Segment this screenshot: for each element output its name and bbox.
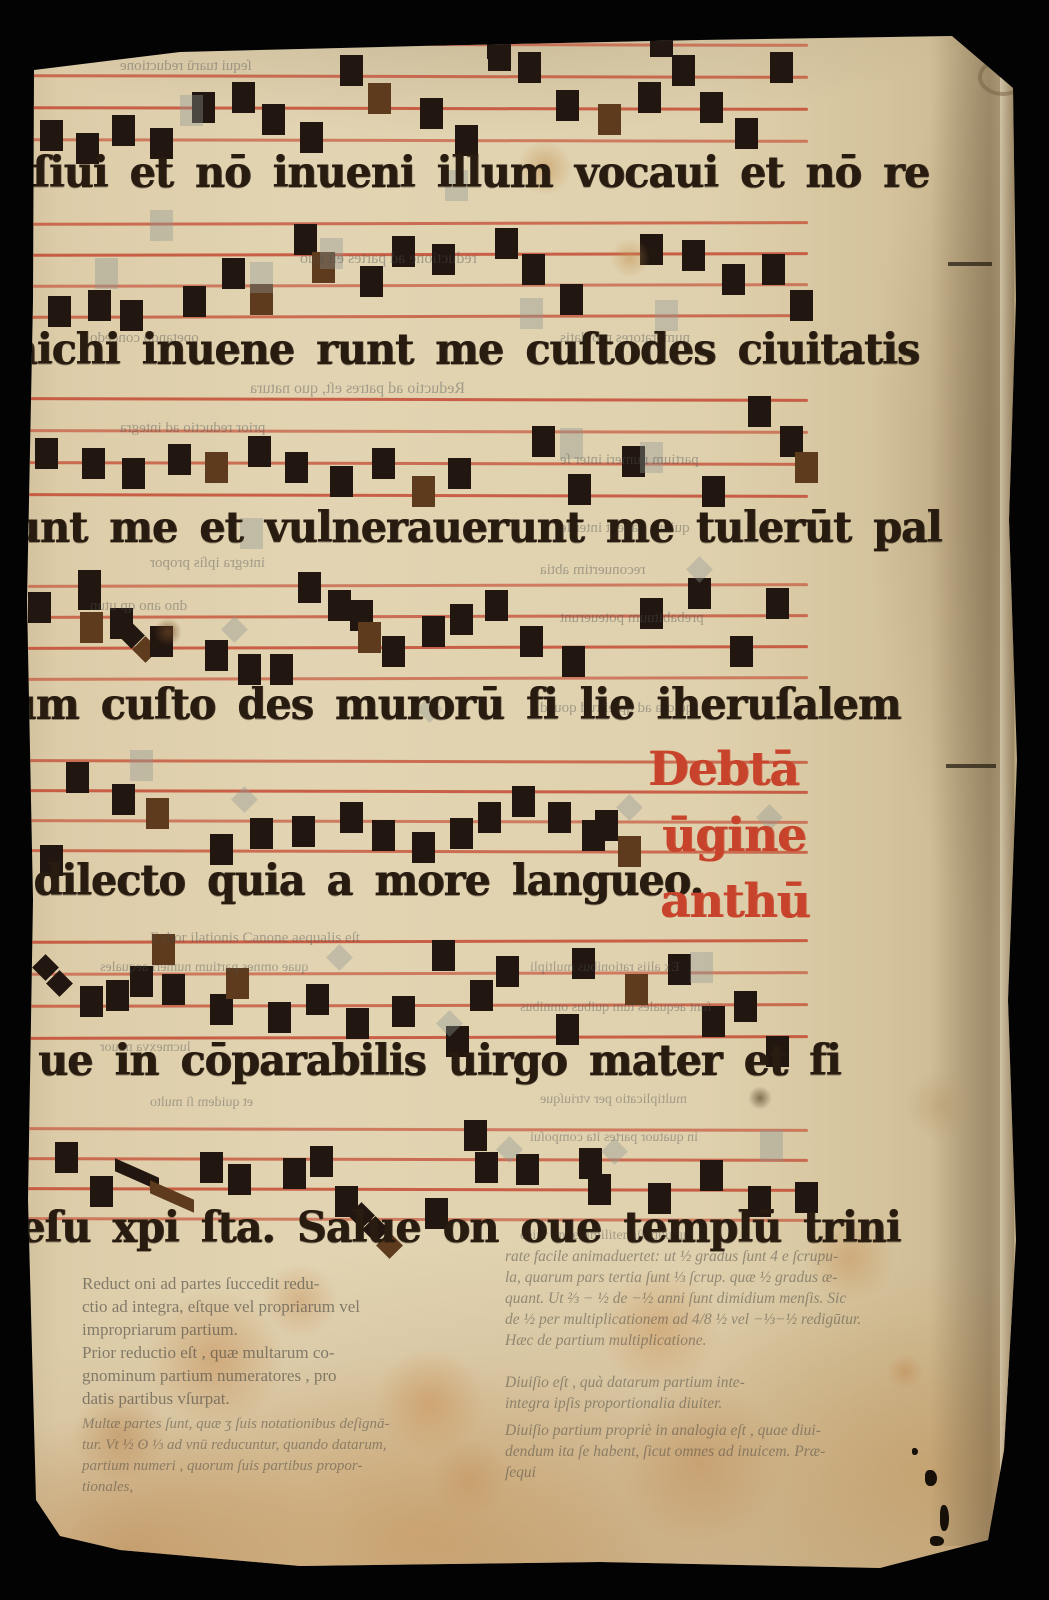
neume-square <box>672 55 695 86</box>
print-showthrough-left-column: Reduct oni ad partes ſuccedit redu-ctio … <box>82 1272 452 1498</box>
staff-6-line-1 <box>28 939 808 944</box>
neume-square <box>310 1146 333 1177</box>
neume-square <box>340 55 363 86</box>
neume-square <box>518 52 541 83</box>
ghost-text-fragment: Reductio ad patres eſt, quo natura <box>250 380 465 398</box>
neume-square <box>146 798 169 829</box>
neume-square <box>35 438 58 469</box>
stain <box>610 238 650 278</box>
neume-square <box>532 426 555 457</box>
ink-blot <box>925 1470 937 1486</box>
chant-text-line-1: ieſiui et nō inueni illum vocaui et nō r… <box>0 148 929 198</box>
neume-square <box>556 90 579 121</box>
staff-1-line-3 <box>30 106 808 111</box>
neume-square <box>292 816 315 847</box>
neume-square <box>262 104 285 135</box>
neume-square <box>448 458 471 489</box>
neume-square <box>392 996 415 1027</box>
neume-square <box>464 1120 487 1151</box>
print-showthrough-right-column: rate facile animaduertet: ut ½ gradus ſu… <box>505 1246 865 1483</box>
staff-7-line-3 <box>28 1187 808 1192</box>
neume-square <box>595 810 618 841</box>
ghost-text-fragment: quae omnes partium numeri aequales <box>100 960 308 976</box>
neume-square <box>205 640 228 671</box>
rubric-line-1: Debtā <box>648 742 799 797</box>
stain <box>887 1354 923 1390</box>
neume-square <box>222 258 245 289</box>
neume-square <box>598 104 621 135</box>
chant-text-line-4: ium cuſto des murorū fi lie iheruſalem <box>0 680 900 730</box>
chant-text-line-5: e dilecto quia a more langueo. <box>0 856 703 906</box>
neume-square <box>368 83 391 114</box>
chant-text-line-2: michi inuene runt me cuſtodes ciuitatis <box>0 325 919 375</box>
staff-2-line-3 <box>28 283 808 288</box>
ghost-text-fragment: prior reductio ad integra <box>120 420 265 437</box>
neume-square <box>112 115 135 146</box>
neume-square <box>638 82 661 113</box>
neume-square <box>82 448 105 479</box>
staff-7-line-2 <box>28 1157 808 1162</box>
ghost-text-fragment: Ex aliis rationibus multipli <box>530 960 680 976</box>
binding-stitch-mark <box>946 764 996 768</box>
neume-square <box>722 264 745 295</box>
print-right-italic-bottom: Diuiſio partium propriè in analogia eſt … <box>505 1420 865 1483</box>
ink-blot <box>912 1448 918 1455</box>
stain <box>748 1086 772 1110</box>
ghost-neume-square <box>616 794 643 821</box>
binding-stitch-mark <box>948 262 992 266</box>
ring-mark <box>978 58 1028 96</box>
neume-square <box>470 980 493 1011</box>
neume-square <box>450 604 473 635</box>
neume-square <box>200 1152 223 1183</box>
neume-square <box>488 40 511 71</box>
ghost-text-fragment: dno ano qp utun <box>90 598 187 615</box>
neume-square <box>682 240 705 271</box>
neume-square <box>496 956 519 987</box>
ghost-text-fragment: ſequi tuarū reductione <box>120 58 252 75</box>
neume-square <box>80 986 103 1017</box>
ink-blot <box>1035 1300 1042 1312</box>
neume-square <box>372 448 395 479</box>
neume-square <box>122 458 145 489</box>
neume-square <box>48 296 71 327</box>
manuscript-leaf: ſequi tuarū reductionereductione ad part… <box>0 0 1049 1600</box>
ghost-neume-square <box>180 95 203 126</box>
neume-square <box>80 612 103 643</box>
neume-square <box>183 286 206 317</box>
neume-square <box>268 1002 291 1033</box>
ghost-text-fragment: Exhor ilationis Canone aequalis eſt <box>150 930 360 947</box>
neume-square <box>232 82 255 113</box>
ghost-text-fragment: partium numeri inter ſe <box>560 452 699 469</box>
print-left-italic: Multæ partes ſunt, quæ ʒ ſuis notationib… <box>82 1414 452 1498</box>
fore-edge-highlight <box>1000 40 1014 1540</box>
photograph-background: ſequi tuarū reductionereductione ad part… <box>0 0 1049 1600</box>
ghost-neume-square <box>95 258 118 289</box>
neume-square <box>560 284 583 315</box>
neume-square <box>432 940 455 971</box>
print-right-italic-top: rate facile animaduertet: ut ½ gradus ſu… <box>505 1246 865 1414</box>
neume-square <box>88 290 111 321</box>
ghost-neume-square <box>250 262 273 293</box>
ink-blot <box>930 1536 944 1546</box>
neume-square <box>358 622 381 653</box>
neume-square <box>66 762 89 793</box>
ghost-neume-square <box>130 750 153 781</box>
stain <box>154 618 182 646</box>
neume-square <box>168 444 191 475</box>
chant-text-line-6: ue in cōparabilis uirgo mater et fi <box>38 1036 840 1086</box>
neume-square <box>420 98 443 129</box>
neume-square <box>770 52 793 83</box>
neume-square <box>700 92 723 123</box>
neume-square <box>162 974 185 1005</box>
ghost-text-fragment: ſunt aequales tum quibus omnibus <box>520 1000 711 1016</box>
neume-square <box>795 452 818 483</box>
ghost-text-fragment: integra ipſis propor <box>150 555 265 572</box>
neume-square <box>495 228 518 259</box>
neume-square <box>228 1164 251 1195</box>
neume-square <box>40 120 63 151</box>
staff-2-line-1 <box>28 221 808 226</box>
neume-square <box>734 991 757 1022</box>
neume-square <box>330 466 353 497</box>
ghost-text-fragment: multiplicatio per vtriuſque <box>540 1092 687 1108</box>
neume-square <box>306 984 329 1015</box>
neume-square <box>205 452 228 483</box>
neume-square <box>588 1174 611 1205</box>
neume-square <box>766 588 789 619</box>
neume-square <box>328 590 351 621</box>
neume-square <box>360 266 383 297</box>
stain <box>904 1069 976 1141</box>
ghost-text-fragment: et quidem ſi multo <box>150 1095 253 1111</box>
neume-square <box>522 254 545 285</box>
neume-square <box>650 26 673 57</box>
neume-square <box>283 1158 306 1189</box>
ghost-neume-square <box>760 1130 783 1161</box>
neume-square <box>478 802 501 833</box>
neume-square <box>106 980 129 1011</box>
neume-square <box>762 254 785 285</box>
ghost-neume-square <box>690 952 713 983</box>
neume-square <box>340 802 363 833</box>
ghost-neume-square <box>326 944 353 971</box>
ink-blot <box>940 1505 949 1531</box>
ink-blot <box>1030 1420 1040 1460</box>
neume-square <box>55 1142 78 1173</box>
chant-text-line-3: runt me et vulnerauerunt me tulerūt pal <box>0 503 941 553</box>
neume-square <box>548 802 571 833</box>
neume-square <box>568 474 591 505</box>
neume-square <box>700 1160 723 1191</box>
ghost-text-fragment: reductione ad partes eſt quo <box>300 250 477 268</box>
neume-square <box>562 646 585 677</box>
neume-square <box>250 818 273 849</box>
neume-square <box>298 572 321 603</box>
neume-square <box>475 1152 498 1183</box>
neume-square <box>485 590 508 621</box>
neume-square <box>450 818 473 849</box>
staff-1-line-4 <box>30 138 808 143</box>
ghost-neume-square <box>221 616 248 643</box>
neume-square <box>735 118 758 149</box>
neume-square <box>520 626 543 657</box>
print-left-roman: Reduct oni ad partes ſuccedit redu-ctio … <box>82 1272 452 1410</box>
ghost-text-fragment: prebabituum poteuerunt <box>560 610 704 627</box>
neume-square <box>372 820 395 851</box>
neume-square <box>346 1008 369 1039</box>
neume-square <box>422 616 445 647</box>
staff-2-line-4 <box>28 314 808 319</box>
ghost-text-fragment: reconuertim abtia <box>540 562 645 579</box>
neume-square <box>512 786 535 817</box>
rubric-line-3: anthū <box>660 874 810 929</box>
neume-square <box>248 436 271 467</box>
neume-square <box>285 452 308 483</box>
rubric-line-2: ūgine <box>662 808 806 863</box>
neume-square <box>28 592 51 623</box>
staff-1-line-1 <box>30 42 808 47</box>
ghost-text-fragment: in quatuor partes ita compoſui <box>530 1130 698 1146</box>
neume-square <box>382 636 405 667</box>
ghost-neume-square <box>150 210 173 241</box>
neume-square <box>112 784 135 815</box>
neume-square <box>516 1154 539 1185</box>
neume-square <box>730 636 753 667</box>
neume-square <box>790 290 813 321</box>
neume-square <box>748 396 771 427</box>
